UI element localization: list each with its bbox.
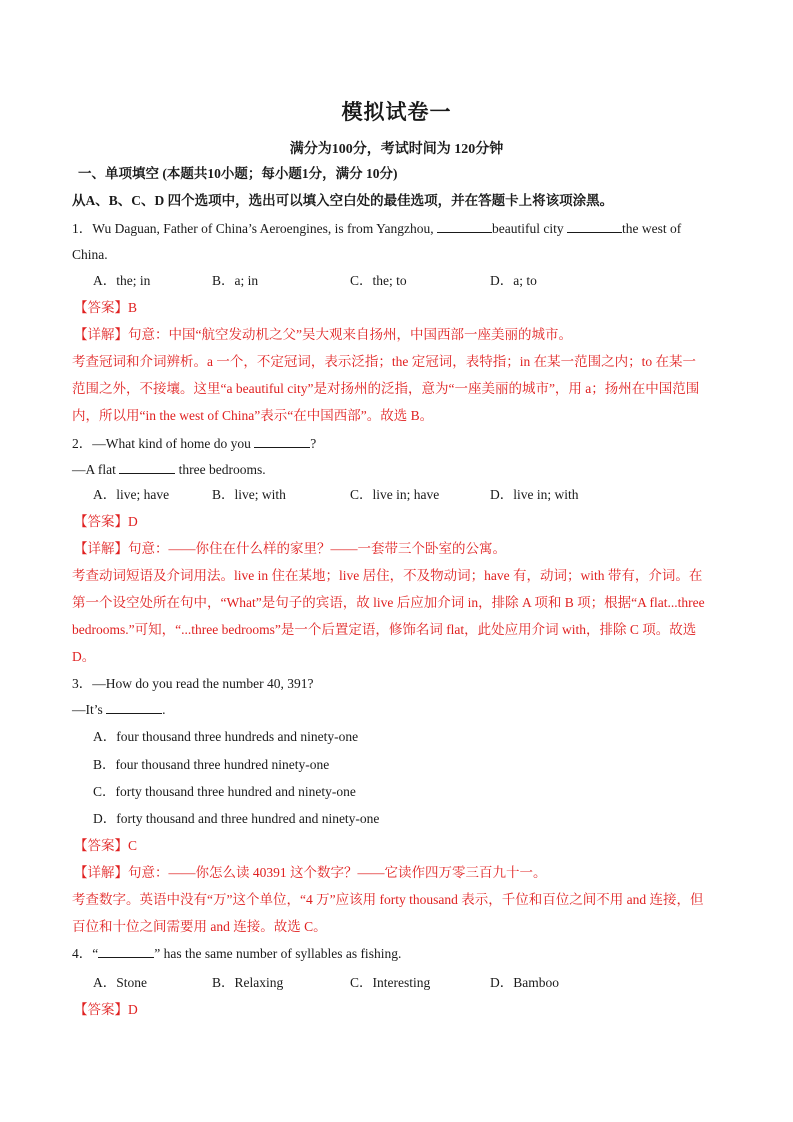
question-1-stem-cont: China. (72, 246, 108, 264)
question-1-stem: 1．Wu Daguan, Father of China’s Aeroengin… (72, 220, 681, 238)
question-2-stem: 2．—What kind of home do you ? (72, 435, 316, 453)
blank (106, 701, 162, 714)
question-4-stem: 4．“” has the same number of syllables as… (72, 945, 401, 963)
option: B．four thousand three hundred ninety-one (93, 756, 329, 774)
explanation: 第一个设空处所在句中，“What”是句子的宾语，故 live 后应加介词 in，… (72, 594, 705, 612)
explanation: 内，所以用“in the west of China”表示“在中国西部”。故选 … (72, 407, 433, 425)
option: D．Bamboo (490, 974, 559, 992)
exam-subtitle: 满分为100分，考试时间为 120分钟 (0, 138, 793, 158)
explanation: D。 (72, 648, 95, 666)
explanation: 【详解】句意：——你住在什么样的家里？——一套带三个卧室的公寓。 (74, 540, 506, 558)
option: D．forty thousand and three hundred and n… (93, 810, 379, 828)
blank (98, 945, 154, 958)
option: B．a; in (212, 272, 258, 290)
question-3-stem: 3．—How do you read the number 40, 391? (72, 675, 313, 693)
option: C．the; to (350, 272, 407, 290)
explanation: bedrooms.”可知，“...three bedrooms”是一个后置定语，… (72, 621, 696, 639)
option: C．forty thousand three hundred and ninet… (93, 783, 356, 801)
explanation: 【详解】句意：中国“航空发动机之父”吴大观来自扬州，中国西部一座美丽的城市。 (74, 326, 572, 344)
page-title: 模拟试卷一 (0, 96, 793, 126)
answer-label: 【答案】B (74, 299, 137, 317)
blank (437, 220, 492, 233)
explanation: 考查数字。英语中没有“万”这个单位，“4 万”应该用 forty thousan… (72, 891, 703, 909)
instruction: 从A、B、C、D 四个选项中，选出可以填入空白处的最佳选项，并在答题卡上将该项涂… (72, 192, 613, 210)
blank (567, 220, 622, 233)
document-page: 模拟试卷一 满分为100分，考试时间为 120分钟 一、单项填空 (本题共10小… (0, 0, 793, 1122)
explanation: 考查冠词和介词辨析。a 一个，不定冠词，表示泛指；the 定冠词，表特指；in … (72, 353, 696, 371)
explanation: 百位和十位之间需要用 and 连接。故选 C。 (72, 918, 327, 936)
option: B．live; with (212, 486, 286, 504)
explanation: 考查动词短语及介词用法。live in 住在某地；live 居住，不及物动词；h… (72, 567, 702, 585)
option: D．a; to (490, 272, 537, 290)
question-3-stem-cont: —It’s . (72, 701, 166, 719)
blank (119, 461, 175, 474)
option: A．Stone (93, 974, 147, 992)
answer-label: 【答案】D (74, 513, 138, 531)
question-2-stem-cont: —A flat three bedrooms. (72, 461, 266, 479)
option: A．four thousand three hundreds and ninet… (93, 728, 358, 746)
option: C．live in; have (350, 486, 439, 504)
option: A．the; in (93, 272, 150, 290)
answer-label: 【答案】C (74, 837, 137, 855)
option: B．Relaxing (212, 974, 283, 992)
answer-label: 【答案】D (74, 1001, 138, 1019)
explanation: 范围之外，不接壤。这里“a beautiful city”是对扬州的泛指，意为“… (72, 380, 699, 398)
section-heading: 一、单项填空 (本题共10小题；每小题1分，满分 10分) (78, 165, 398, 183)
option: C．Interesting (350, 974, 430, 992)
blank (254, 435, 310, 448)
explanation: 【详解】句意：——你怎么读 40391 这个数字？——它读作四万零三百九十一。 (74, 864, 547, 882)
option: A．live; have (93, 486, 169, 504)
option: D．live in; with (490, 486, 579, 504)
